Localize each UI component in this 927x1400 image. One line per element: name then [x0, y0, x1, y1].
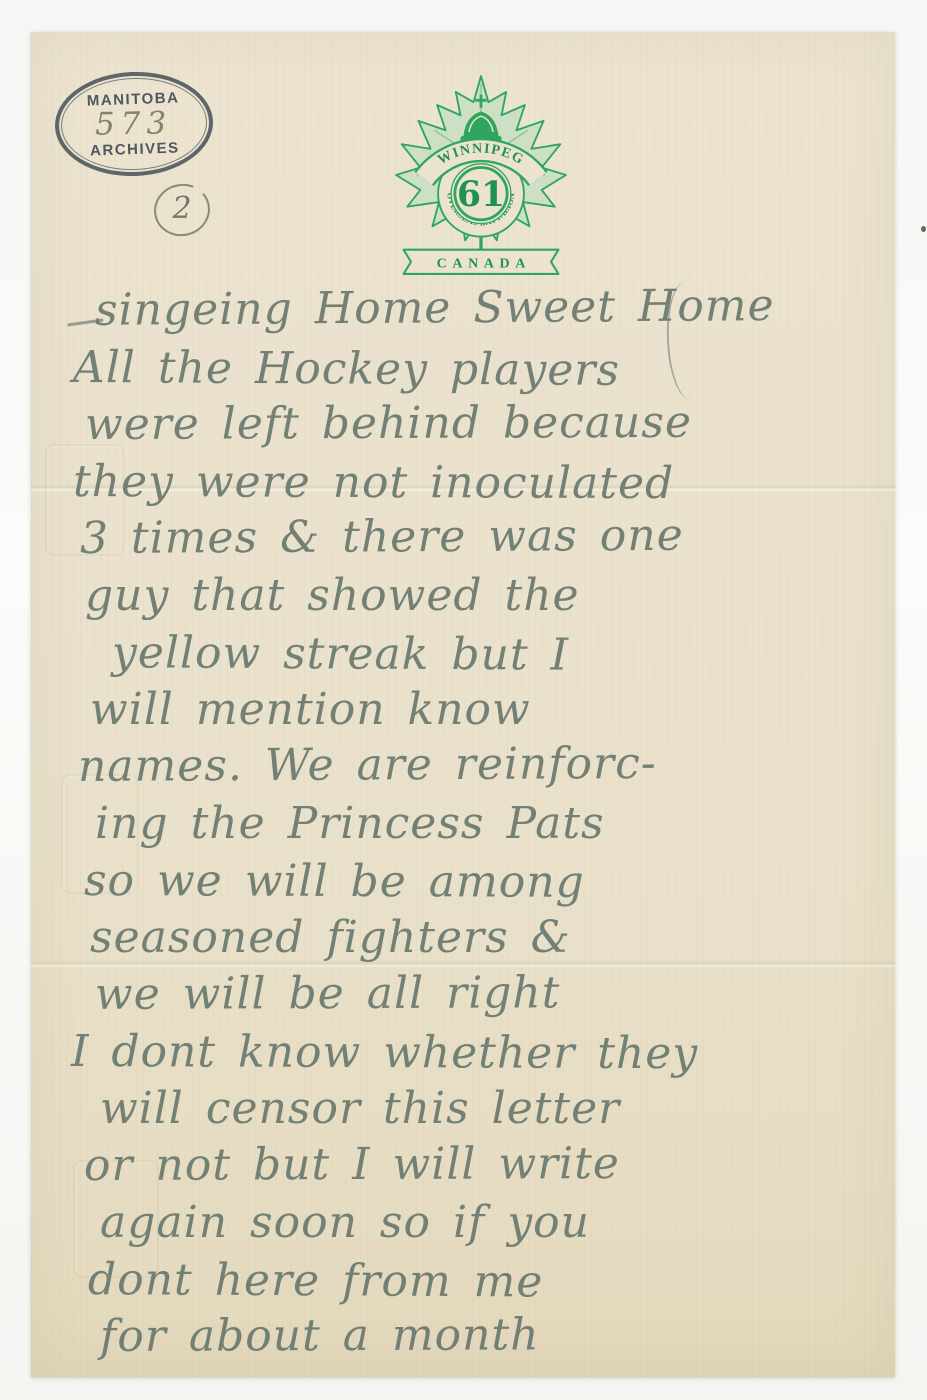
handwritten-line: seasoned fighters & [71, 909, 861, 966]
crest-battalion-number: 61 [457, 175, 505, 215]
handwritten-line: ing the Princess Pats [71, 795, 861, 852]
maple-leaf-crest-icon: OVERSEAS BATTALION 61 WINNIPEG CANADA [383, 62, 579, 288]
handwritten-line: for about a month [71, 1305, 861, 1365]
handwritten-line: were left behind because [71, 393, 861, 453]
dust-speck [921, 226, 926, 232]
handwritten-line: singeing Home Sweet Home [71, 276, 861, 339]
manitoba-archives-stamp: MANITOBA 573 ARCHIVES [53, 69, 215, 178]
stamp-accession-number: 573 [95, 107, 173, 141]
handwritten-line: again soon so if you [71, 1194, 861, 1251]
handwritten-line: we will be all right [71, 963, 861, 1023]
battalion-crest: OVERSEAS BATTALION 61 WINNIPEG CANADA [383, 62, 579, 288]
handwritten-line: I dont know whether they [71, 1023, 861, 1083]
handwritten-line: guy that showed the [71, 567, 861, 624]
handwritten-line: so we will be among [71, 852, 861, 912]
handwritten-line: or not but I will write [71, 1134, 861, 1194]
handwritten-line: names. We are reinforc- [71, 734, 861, 795]
crest-country-text: CANADA [437, 256, 531, 271]
page-number-badge: 2 [151, 182, 213, 238]
handwritten-line: yellow streak but I [71, 624, 861, 685]
handwritten-line: All the Hockey players [71, 339, 861, 400]
handwritten-line: 3 times & there was one [71, 506, 861, 567]
letter-text: singeing Home Sweet Home All the Hockey … [71, 282, 861, 1365]
letter-page: MANITOBA 573 ARCHIVES 2 [31, 32, 895, 1377]
handwritten-line: they were not inoculated [71, 453, 861, 513]
page-number: 2 [151, 191, 213, 226]
handwritten-line: dont here from me [71, 1251, 861, 1312]
scan-background: MANITOBA 573 ARCHIVES 2 [0, 0, 927, 1400]
handwritten-line: will mention know [71, 681, 861, 738]
handwritten-line: will censor this letter [71, 1080, 861, 1137]
